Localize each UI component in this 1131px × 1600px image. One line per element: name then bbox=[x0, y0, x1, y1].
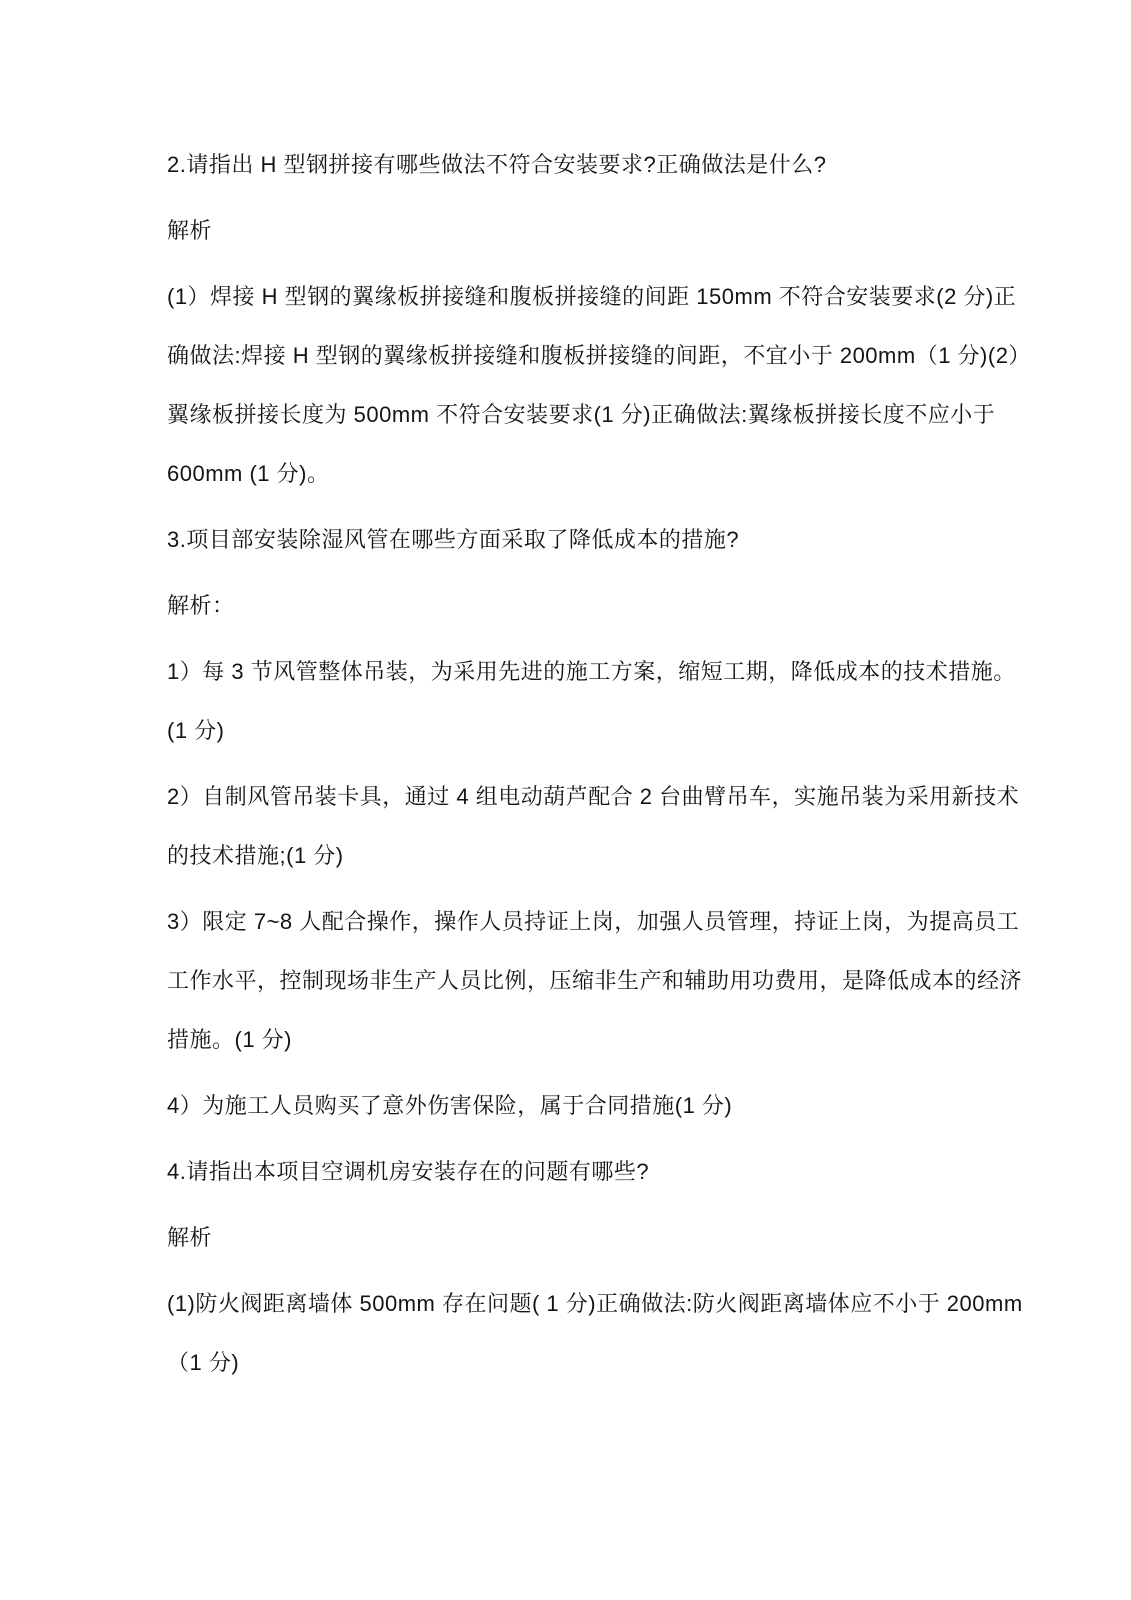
document-content: 2.请指出 H 型钢拼接有哪些做法不符合安装要求?正确做法是什么? 解析 (1）… bbox=[167, 135, 997, 1399]
answer-3-item-4: 4）为施工人员购买了意外伤害保险，属于合同措施(1 分) bbox=[167, 1076, 997, 1135]
answer-3-item-3: 3）限定 7~8 人配合操作，操作人员持证上岗，加强人员管理，持证上岗，为提高员… bbox=[167, 892, 997, 1069]
answer-3-item-1: 1）每 3 节风管整体吊装，为采用先进的施工方案，缩短工期，降低成本的技术措施。… bbox=[167, 642, 997, 760]
answer-4-line-1: (1)防火阀距离墙体 500mm 存在问题( 1 分)正确做法:防火阀距离墙体应… bbox=[167, 1274, 997, 1333]
answer-3-item-1-line-2: (1 分) bbox=[167, 701, 997, 760]
answer-3-item-3-line-1: 3）限定 7~8 人配合操作，操作人员持证上岗，加强人员管理，持证上岗，为提高员… bbox=[167, 892, 997, 951]
answer-3-item-3-line-3: 措施。(1 分) bbox=[167, 1010, 997, 1069]
question-2-text: 2.请指出 H 型钢拼接有哪些做法不符合安装要求?正确做法是什么? bbox=[167, 135, 997, 194]
answer-3-item-2: 2）自制风管吊装卡具，通过 4 组电动葫芦配合 2 台曲臂吊车，实施吊装为采用新… bbox=[167, 767, 997, 885]
analysis-label-4: 解析 bbox=[167, 1208, 997, 1267]
answer-3-item-4-text: 4）为施工人员购买了意外伤害保险，属于合同措施(1 分) bbox=[167, 1076, 997, 1135]
answer-2-line-2: 确做法:焊接 H 型钢的翼缘板拼接缝和腹板拼接缝的间距，不宜小于 200mm（1… bbox=[167, 326, 997, 385]
answer-2: (1）焊接 H 型钢的翼缘板拼接缝和腹板拼接缝的间距 150mm 不符合安装要求… bbox=[167, 267, 997, 503]
answer-2-line-1: (1）焊接 H 型钢的翼缘板拼接缝和腹板拼接缝的间距 150mm 不符合安装要求… bbox=[167, 267, 997, 326]
analysis-label-4-text: 解析 bbox=[167, 1208, 997, 1267]
answer-4: (1)防火阀距离墙体 500mm 存在问题( 1 分)正确做法:防火阀距离墙体应… bbox=[167, 1274, 997, 1392]
answer-4-line-2: （1 分) bbox=[167, 1333, 997, 1392]
question-4: 4.请指出本项目空调机房安装存在的问题有哪些? bbox=[167, 1142, 997, 1201]
answer-2-line-4: 600mm (1 分)。 bbox=[167, 444, 997, 503]
analysis-label-2-text: 解析 bbox=[167, 201, 997, 260]
answer-3-item-3-line-2: 工作水平，控制现场非生产人员比例，压缩非生产和辅助用功费用，是降低成本的经济 bbox=[167, 951, 997, 1010]
analysis-label-2: 解析 bbox=[167, 201, 997, 260]
analysis-label-3-text: 解析： bbox=[167, 576, 997, 635]
answer-3-item-2-line-1: 2）自制风管吊装卡具，通过 4 组电动葫芦配合 2 台曲臂吊车，实施吊装为采用新… bbox=[167, 767, 997, 826]
question-2: 2.请指出 H 型钢拼接有哪些做法不符合安装要求?正确做法是什么? bbox=[167, 135, 997, 194]
answer-3-item-1-line-1: 1）每 3 节风管整体吊装，为采用先进的施工方案，缩短工期，降低成本的技术措施。 bbox=[167, 642, 997, 701]
analysis-label-3: 解析： bbox=[167, 576, 997, 635]
document-page: 2.请指出 H 型钢拼接有哪些做法不符合安装要求?正确做法是什么? 解析 (1）… bbox=[0, 0, 1131, 1600]
question-3-text: 3.项目部安装除湿风管在哪些方面采取了降低成本的措施? bbox=[167, 510, 997, 569]
question-4-text: 4.请指出本项目空调机房安装存在的问题有哪些? bbox=[167, 1142, 997, 1201]
answer-2-line-3: 翼缘板拼接长度为 500mm 不符合安装要求(1 分)正确做法:翼缘板拼接长度不… bbox=[167, 385, 997, 444]
answer-3-item-2-line-2: 的技术措施;(1 分) bbox=[167, 826, 997, 885]
question-3: 3.项目部安装除湿风管在哪些方面采取了降低成本的措施? bbox=[167, 510, 997, 569]
